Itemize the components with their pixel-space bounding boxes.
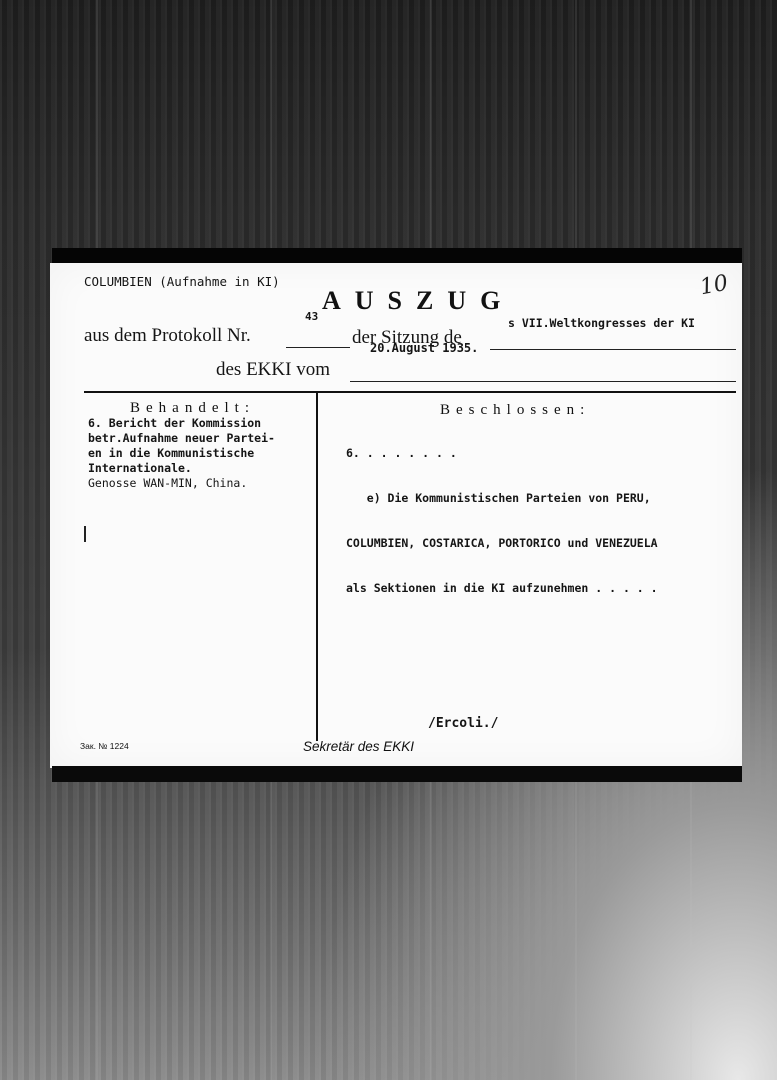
left-line: betr.Aufnahme neuer Partei- — [88, 431, 275, 446]
right-line: e) Die Kommunistischen Parteien von PERU… — [346, 491, 658, 506]
session-line — [490, 349, 736, 350]
date-line — [350, 381, 736, 382]
left-line: 6. Bericht der Kommission — [88, 416, 275, 431]
right-column-body: 6. . . . . . . . e) Die Kommunistischen … — [346, 416, 658, 626]
subject-line: COLUMBIEN (Aufnahme in KI) — [84, 274, 280, 289]
handwritten-page-number: 10 — [698, 271, 730, 300]
left-line: Internationale. — [88, 461, 275, 476]
ekki-label: des EKKI vom — [216, 359, 330, 381]
session-date: 20.August 1935. — [370, 341, 478, 355]
signature: /Ercoli./ — [428, 716, 498, 731]
ink-mark — [84, 526, 86, 542]
protocol-number: 43 — [305, 310, 318, 323]
card-bottom-edge-shadow — [52, 766, 742, 782]
protocol-label: aus dem Protokoll Nr. — [84, 325, 251, 347]
archive-document-card: COLUMBIEN (Aufnahme in KI) AUSZUG 10 s V… — [50, 263, 742, 768]
document-title: AUSZUG — [322, 286, 514, 316]
left-column-heading: Behandelt: — [130, 400, 255, 417]
right-line: als Sektionen in die KI aufzunehmen . . … — [346, 581, 658, 596]
left-line: Genosse WAN-MIN, China. — [88, 476, 275, 491]
left-line: en in die Kommunistische — [88, 446, 275, 461]
right-line: 6. . . . . . . . — [346, 446, 658, 461]
protocol-number-line — [286, 347, 350, 348]
left-column-body: 6. Bericht der Kommission betr.Aufnahme … — [88, 416, 275, 491]
order-number: Зак. № 1224 — [80, 741, 129, 751]
right-line: COLUMBIEN, COSTARICA, PORTORICO und VENE… — [346, 536, 658, 551]
header-divider — [84, 391, 736, 393]
session-body: s VII.Weltkongresses der KI — [508, 316, 695, 330]
secretary-label: Sekretär des EKKI — [303, 739, 414, 754]
card-top-edge-shadow — [52, 248, 742, 264]
column-divider — [316, 393, 318, 741]
